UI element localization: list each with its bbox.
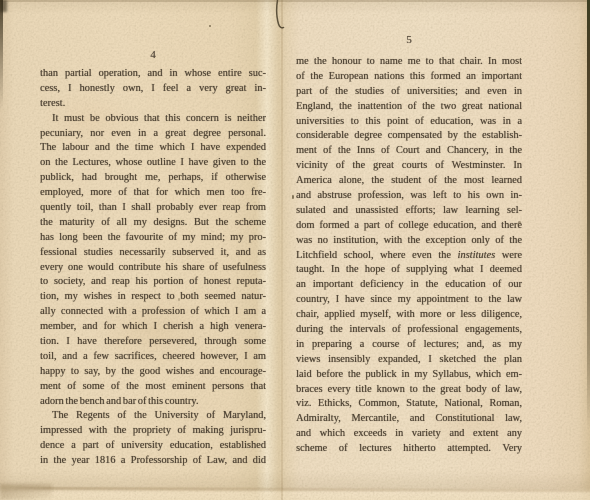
text-line: to society, and reap his portion of hone… bbox=[40, 275, 266, 290]
text-line: happy to say, by the good wishes and enc… bbox=[40, 365, 266, 380]
text-line: ment of the Inns of Court and Chancery, … bbox=[296, 144, 522, 159]
scan-edge-left-shadow bbox=[0, 0, 3, 110]
text-line: dence a part of university education, es… bbox=[40, 439, 266, 454]
text-line: considerable degree compensated by the e… bbox=[296, 129, 522, 144]
text-line: universities to this point of education,… bbox=[296, 115, 522, 130]
scan-corner-top-left-shadow bbox=[0, 0, 7, 12]
text-line: tion, my wishes in respect to both seeme… bbox=[40, 290, 266, 305]
text-line: an important deficiency in the education… bbox=[296, 278, 522, 293]
text-line: quently toil, than I shall probably ever… bbox=[40, 201, 266, 216]
text-line: viz. Ethicks, Common, Statute, National,… bbox=[296, 397, 522, 412]
text-line: in preparing a course of lectures; and, … bbox=[296, 338, 522, 353]
text-line: terest. bbox=[40, 97, 266, 112]
ink-speck bbox=[209, 25, 211, 27]
text-line: views insensibly expanded, I sketched th… bbox=[296, 353, 522, 368]
text-line: and abstruse profession, was left to his… bbox=[296, 189, 522, 204]
text-line: sulated and unassisted efforts; law lear… bbox=[296, 204, 522, 219]
text-line: has long been the favourite of my mind; … bbox=[40, 231, 266, 246]
text-line: scheme of lectures hitherto attempted. V… bbox=[296, 442, 522, 457]
scan-edge-top-shadow bbox=[0, 0, 590, 2]
text-line: dom formed a part of college education, … bbox=[296, 219, 522, 234]
text-line: America alone, the student of the most l… bbox=[296, 174, 522, 189]
text-line: vicinity of the great courts of Westmins… bbox=[296, 159, 522, 174]
text-line: the maturity of all my designs. But the … bbox=[40, 216, 266, 231]
text-line: country, I have since my appointment to … bbox=[296, 293, 522, 308]
ink-speck bbox=[236, 89, 238, 91]
text-line: employed, more of that for which men too… bbox=[40, 186, 266, 201]
left-page-text: than partial operation, and in whose ent… bbox=[40, 67, 266, 469]
text-line: Litchfield school, where even the instit… bbox=[296, 249, 522, 264]
text-line: impressed with the propriety of making j… bbox=[40, 424, 266, 439]
text-line: and which exceeds in variety and extent … bbox=[296, 427, 522, 442]
text-line: laid before the publick in my Syllabus, … bbox=[296, 368, 522, 383]
right-page-text: me the honour to name me to that chair. … bbox=[296, 55, 522, 457]
text-line: England, the inattention of the two grea… bbox=[296, 100, 522, 115]
ink-speck bbox=[518, 221, 521, 224]
page-bottom-edge-shadow bbox=[10, 487, 590, 493]
gutter-thread-mark bbox=[270, 0, 292, 34]
page-gutter-crease bbox=[281, 0, 283, 500]
book-scan: 4 than partial operation, and in whose e… bbox=[0, 0, 590, 500]
text-line: toil, and a few sacrifices, cheered howe… bbox=[40, 350, 266, 365]
text-line: taught. In the hope of supplying what I … bbox=[296, 263, 522, 278]
text-line: during the intervals of professional eng… bbox=[296, 323, 522, 338]
text-line: publick, had brought me, perhaps, if oth… bbox=[40, 171, 266, 186]
text-line: Admiralty, Mercantile, and Constitutiona… bbox=[296, 412, 522, 427]
text-line: braces every title known to the great bo… bbox=[296, 383, 522, 398]
ink-speck bbox=[178, 298, 180, 301]
text-line: member, and for which I cherish a high v… bbox=[40, 320, 266, 335]
left-page-number: 4 bbox=[40, 49, 266, 61]
text-line: ment of some of the most eminent persons… bbox=[40, 380, 266, 395]
scan-corner-bottom-left-shadow bbox=[0, 484, 52, 500]
text-line: on the Lectures, whose outline I have gi… bbox=[40, 156, 266, 171]
text-line: than partial operation, and in whose ent… bbox=[40, 67, 266, 82]
text-line: ally connected with a profession of whic… bbox=[40, 305, 266, 320]
ink-speck bbox=[292, 195, 294, 199]
right-page-number: 5 bbox=[296, 34, 522, 46]
text-line: fessional studies necessarily subserved … bbox=[40, 246, 266, 261]
text-line: cess, I honestly own, I feel a very grea… bbox=[40, 82, 266, 97]
text-line: chair, applied myself, with more or less… bbox=[296, 308, 522, 323]
text-line: was no institution, with the exception o… bbox=[296, 234, 522, 249]
text-line: adorn the bench and bar of this country. bbox=[40, 395, 266, 410]
text-line: me the honour to name me to that chair. … bbox=[296, 55, 522, 70]
text-line: every one would contribute his share of … bbox=[40, 261, 266, 276]
text-line: tion. I have therefore persevered, throu… bbox=[40, 335, 266, 350]
text-line: in the year 1816 a Professorship of Law,… bbox=[40, 454, 266, 469]
text-line: of the European nations this formed an i… bbox=[296, 70, 522, 85]
text-line: pecuniary, nor even in a great degree pe… bbox=[40, 127, 266, 142]
text-line: The Regents of the University of Marylan… bbox=[40, 409, 266, 424]
text-line: The labour and the time which I have exp… bbox=[40, 141, 266, 156]
text-line: It must be obvious that this concern is … bbox=[40, 112, 266, 127]
text-line: part of the studies of universities; and… bbox=[296, 85, 522, 100]
